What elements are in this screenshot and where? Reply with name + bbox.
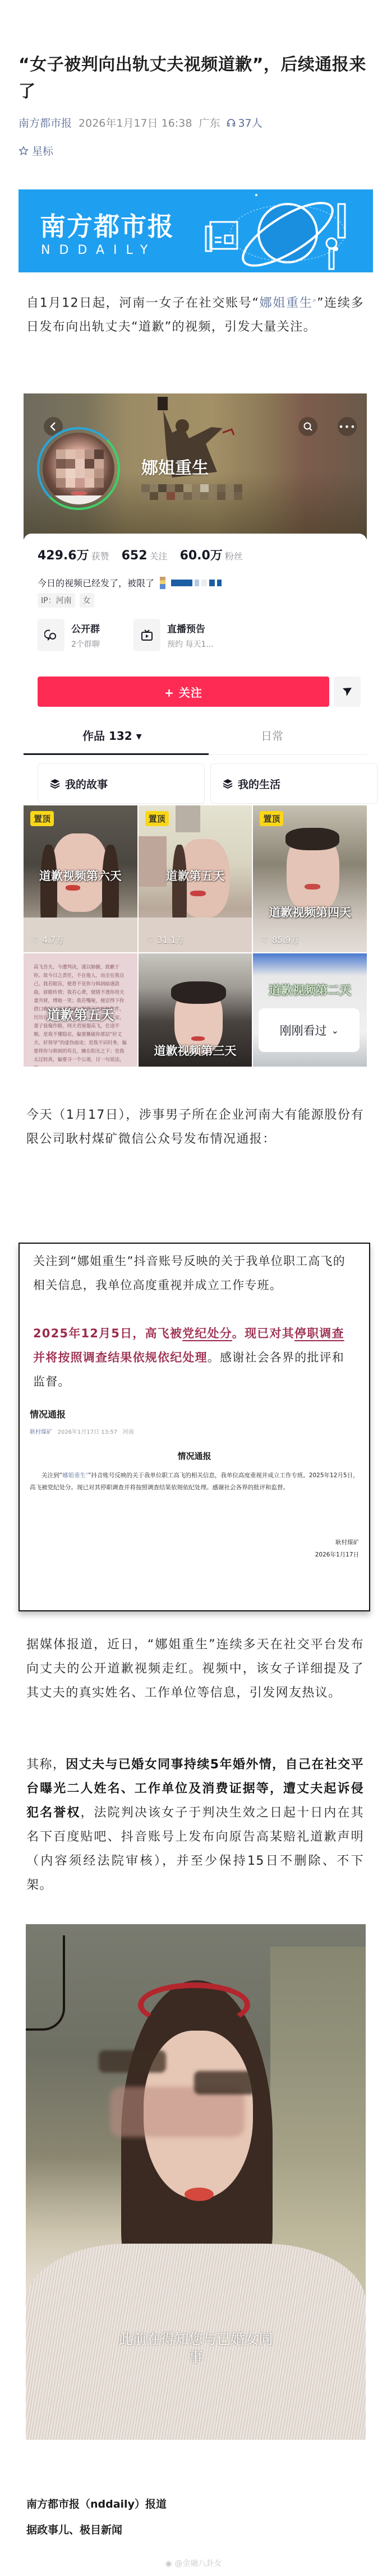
like-count: ♡31.1万 [146, 934, 185, 946]
publish-datetime: 2026年1月17日 16:38 [79, 115, 192, 130]
notice-screenshot: 关注到“娜姐重生”抖音账号反映的关于我单位职工高飞的相关信息，我单位高度重视并成… [19, 1243, 370, 1611]
heart-icon: ♡ [146, 935, 154, 945]
region-label: 广东 [199, 115, 220, 130]
ip-tag: IP：河南 [38, 593, 75, 608]
collections-row: 我的故事 我的生活 [38, 763, 377, 804]
like-count: ♡4.7万 [31, 934, 64, 946]
pinned-badge: 置顶 [260, 811, 283, 826]
banner-name-en: NDDAILY [41, 243, 156, 257]
gender-tag: 女 [80, 593, 94, 608]
account-link[interactable]: 娜姐重生 [259, 296, 312, 310]
footer-source: 南方都市报（nddaily）报道 [26, 2491, 364, 2517]
video-title: 道歉视频第六天 [24, 867, 137, 884]
profile-name: 娜姐重生 [141, 454, 209, 479]
video-thumb[interactable]: 置顶 道歉第五天 ♡31.1万 [139, 805, 252, 952]
send-icon [342, 686, 353, 697]
video-subtitle: 此前在得知您与已婚女同 事 [26, 2331, 366, 2366]
avatar[interactable] [37, 427, 120, 510]
pixelated-emoji [160, 577, 165, 589]
article-title: “女子被判向出轨丈夫视频道歉”，后续通报来了 [19, 52, 372, 105]
video-thumb[interactable]: 高飞吾夫，今遭判决，谨以肺腑，致歉于你。故今日之责任，不在他人，而全在我自己。我… [24, 953, 137, 1067]
profile-features: 公开群2个群聊 直播预告预约 每天1... [38, 619, 214, 651]
tv-icon [133, 619, 160, 651]
layers-icon [222, 778, 233, 789]
video-thumb[interactable]: 道歉视频第二天 刚刚看过 ⌄ [253, 953, 367, 1067]
profile-card: 429.6万获赞 652关注 60.0万粉丝 今日的视频已经发了，被限了 IP：… [24, 534, 367, 677]
weibo-watermark: ◉ @金融八卦女 [0, 2558, 387, 2569]
intro-paragraph: 自1月12日起，河南一女子在社交账号“娜姐重生⌕”连续多日发布向出轨丈夫“道歉”… [26, 288, 364, 339]
notice-quote: 关注到“娜姐重生”抖音账号反映的关于我单位职工高飞的相关信息，我单位高度重视并成… [33, 1249, 355, 1394]
planet-illustration-icon [198, 193, 366, 271]
collection-my-life[interactable]: 我的生活 [210, 763, 377, 804]
profile-stats: 429.6万获赞 652关注 60.0万粉丝 [38, 546, 243, 563]
star-button[interactable]: 星标 [19, 143, 53, 158]
video-title: 道歉视频第三天 [139, 1042, 252, 1059]
video-title: 道歉第五天 [139, 867, 252, 884]
paragraph-media-report: 据媒体报道，近日，“娜姐重生”连续多天在社交平台发布向丈夫的公开道歉视频走红。视… [26, 1633, 364, 1705]
double-chevron-down-icon: ⌄ [331, 1025, 339, 1036]
active-tab-indicator [24, 753, 209, 755]
face-mosaic [56, 450, 104, 488]
video-thumb[interactable]: 道歉视频第三天 [139, 953, 252, 1067]
document-title: 情况通报 [20, 1450, 369, 1462]
douyin-profile-screenshot: ••• 娜姐重生 429.6万获赞 652关注 60.0万粉丝 [24, 393, 367, 677]
pixelated-text [141, 484, 242, 500]
search-button[interactable] [298, 417, 317, 436]
article-footer: 南方都市报（nddaily）报道 据政事儿、极目新闻 [26, 2491, 364, 2543]
public-group-entry[interactable]: 公开群2个群聊 [38, 619, 100, 651]
star-icon [19, 146, 29, 156]
like-count: ♡85.9万 [261, 934, 299, 946]
search-icon[interactable]: ⌕ [313, 296, 317, 304]
live-preview-entry[interactable]: 直播预告预约 每天1... [133, 619, 214, 651]
search-icon [303, 421, 313, 432]
video-title: 道歉视频第四天 [253, 904, 367, 920]
video-thumb[interactable]: 置顶 道歉视频第六天 ♡4.7万 [24, 805, 137, 952]
nddaily-banner: 南方都市报 NDDAILY [19, 189, 373, 272]
document-body: 关注到“娜姐重生⌕”抖音账号反映的关于我单位职工高飞的相关信息，我单位高度重视并… [30, 1468, 360, 1494]
headphones-icon [227, 118, 236, 127]
video-grid: 置顶 道歉视频第六天 ♡4.7万 置顶 道歉第五天 ♡31.1万 置顶 道歉视频… [24, 805, 367, 1065]
heart-icon: ♡ [31, 935, 39, 945]
profile-tags: IP：河南 女 [38, 593, 94, 608]
video-title: 道歉第五天 [24, 1004, 137, 1023]
listen-count[interactable]: 37人 [227, 115, 262, 130]
heart-icon: ♡ [261, 935, 268, 945]
pinned-badge: 置顶 [30, 811, 54, 826]
recently-viewed-badge[interactable]: 刚刚看过 ⌄ [259, 1008, 360, 1052]
banner-name-cn: 南方都市报 [40, 206, 174, 243]
weibo-icon: ◉ [165, 2559, 172, 2568]
wechat-article-title: 情况通报 [30, 1407, 66, 1420]
wechat-article-meta: 耿村煤矿 2026年1月17日 13:57 河南 [30, 1427, 134, 1435]
profile-bio: 今日的视频已经发了，被限了 [38, 576, 222, 589]
profile-cover: ••• 娜姐重生 [24, 393, 367, 539]
pinned-badge: 置顶 [145, 811, 169, 826]
profile-actions: + 关注 作品 132 ▾ 日常 我的故事 我的生活 [24, 677, 367, 807]
apology-video-screenshot: 此前在得知您与已婚女同 事 [26, 1924, 366, 2440]
source-link[interactable]: 南方都市报 [19, 115, 72, 130]
collection-my-story[interactable]: 我的故事 [38, 763, 205, 804]
stat-followers[interactable]: 60.0万粉丝 [180, 546, 243, 563]
paragraph-court-ruling: 其称，因丈夫与已婚女同事持续5年婚外情，自己在社交平台曝光二人姓名、工作单位及消… [26, 1753, 364, 1897]
group-chat-icon [38, 619, 64, 651]
layers-icon [49, 778, 61, 789]
follow-button[interactable]: + 关注 [38, 677, 329, 707]
pixelated-text [171, 580, 222, 586]
document-signature: 耿村煤矿 2026年1月17日 [315, 1536, 359, 1561]
article-meta: 南方都市报 2026年1月17日 16:38 广东 37人 [19, 115, 262, 130]
paragraph-company-notice: 今天（1月17日），涉事男子所在企业河南大有能源股份有限公司耿村煤矿微信公众号发… [26, 1103, 364, 1151]
profile-tabs: 作品 132 ▾ 日常 [24, 721, 367, 755]
more-button[interactable]: ••• [338, 417, 357, 436]
stat-following[interactable]: 652关注 [122, 549, 168, 563]
share-button[interactable] [334, 677, 361, 707]
stat-likes: 429.6万获赞 [38, 546, 109, 563]
video-thumb[interactable]: 置顶 道歉视频第四天 ♡85.9万 [253, 805, 367, 952]
tab-works[interactable]: 作品 132 ▾ [82, 727, 142, 743]
video-title: 道歉视频第二天 [253, 981, 367, 998]
lamp-decoration [26, 1935, 65, 2031]
tab-daily[interactable]: 日常 [261, 727, 283, 743]
chevron-left-icon [49, 421, 57, 432]
more-dots-icon: ••• [338, 421, 356, 432]
footer-credits: 据政事儿、极目新闻 [26, 2517, 364, 2543]
